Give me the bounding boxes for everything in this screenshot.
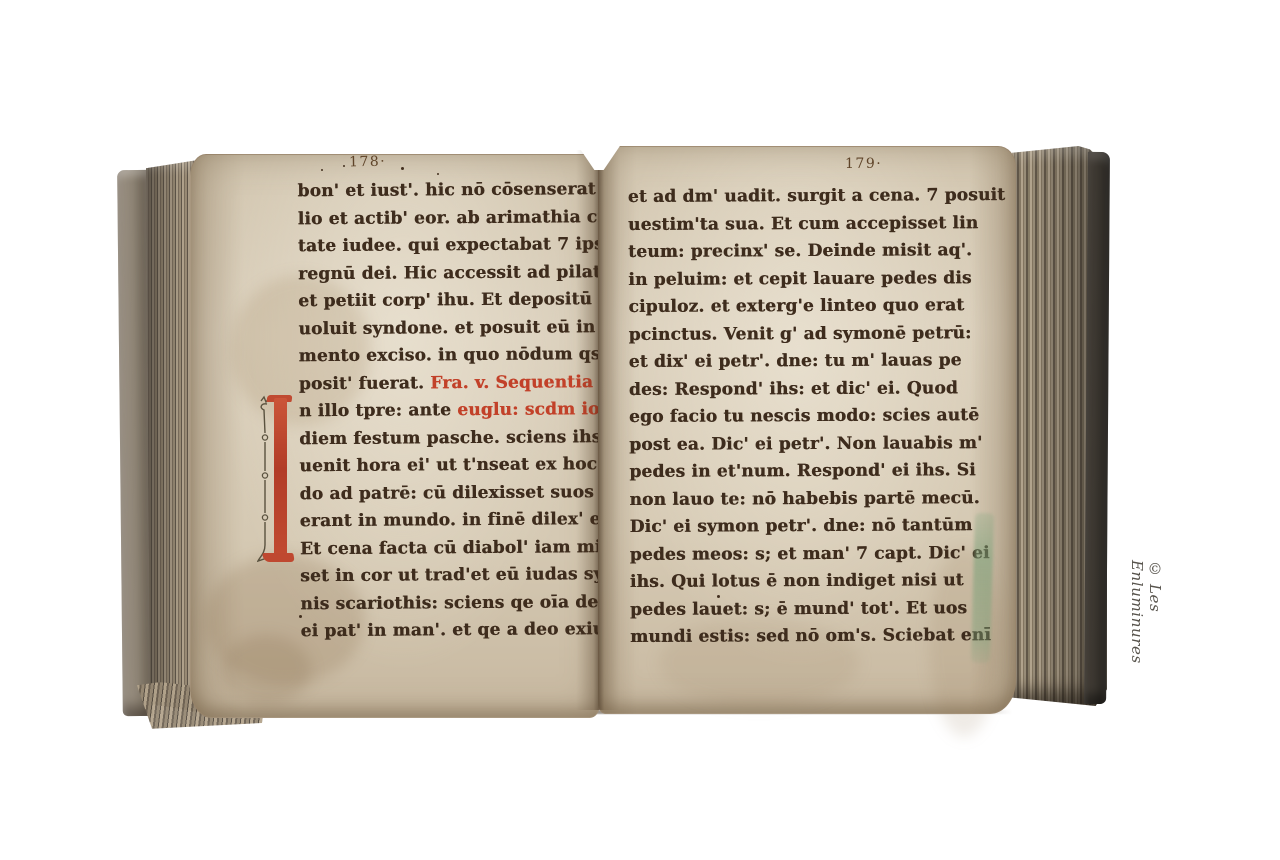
manuscript-line: pedes in et'num. Respond' ei ihs. Si: [629, 457, 1006, 486]
photo-background: 178· bon' et iust'. hic nō cōsenserat co…: [0, 0, 1280, 860]
manuscript-line: cipuloz. et exterg'e linteo quo erat: [628, 292, 1005, 321]
filigree-ornament: [257, 395, 273, 567]
manuscript-line: uestim'ta sua. Et cum accepisset lin: [628, 210, 1005, 239]
manuscript-line: non lauo te: nō habebis partē mecū.: [629, 485, 1006, 514]
manuscript-line: teum: precinx' se. Deinde misit aq'.: [628, 237, 1005, 266]
copyright-watermark: © Les Enluminures: [1128, 560, 1164, 705]
parchment-stain: [221, 635, 311, 705]
manuscript-line: des: Respond' ihs: et dic' ei. Quod: [629, 375, 1006, 404]
ink-speck: [437, 173, 439, 175]
manuscript-line: pedes lauet: s; ē mund' tot'. Et uos: [630, 595, 1007, 624]
manuscript-line: post ea. Dic' ei petr'. Non lauabis m': [629, 430, 1006, 459]
initial-foot-serif: [262, 553, 295, 562]
manuscript-line: in peluim: et cepit lauare pedes dis: [628, 265, 1005, 294]
ink-speck: [401, 167, 404, 170]
manuscript-line: ihs. Qui lotus ē non indiget nisi ut: [630, 567, 1007, 596]
manuscript-text-right: et ad dm' uadit. surgit a cena. 7 posuit…: [628, 182, 1008, 651]
manuscript-line: pedes meos: s; et man' 7 capt. Dic' ei: [630, 540, 1007, 569]
left-page: 178· bon' et iust'. hic nō cōsenserat co…: [190, 154, 600, 718]
right-binding-board: [1084, 152, 1110, 704]
right-page: 179· et ad dm' uadit. surgit a cena. 7 p…: [598, 146, 1016, 714]
ink-speck: [321, 169, 323, 171]
gutter-shadow: [576, 150, 620, 710]
manuscript-line: mundi estis: sed nō om's. Sciebat enī: [630, 622, 1007, 651]
initial-stem: [274, 398, 287, 556]
page-number-left: 178·: [349, 154, 386, 171]
manuscript-line: et dix' ei petr'. dne: tu m' lauas pe: [629, 347, 1006, 376]
manuscript-line: pcinctus. Venit g' ad symonē petrū:: [628, 320, 1005, 349]
drop-cap-initial-I: [257, 395, 293, 567]
open-manuscript-book: 178· bon' et iust'. hic nō cōsenserat co…: [0, 0, 1280, 860]
manuscript-line: Dic' ei symon petr'. dne: nō tantūm: [630, 512, 1007, 541]
manuscript-line: ego facio tu nescis modo: scies autē: [629, 402, 1006, 431]
page-number-right: 179·: [845, 156, 882, 172]
ink-speck: [343, 165, 345, 167]
manuscript-line: et ad dm' uadit. surgit a cena. 7 posuit: [628, 182, 1005, 211]
